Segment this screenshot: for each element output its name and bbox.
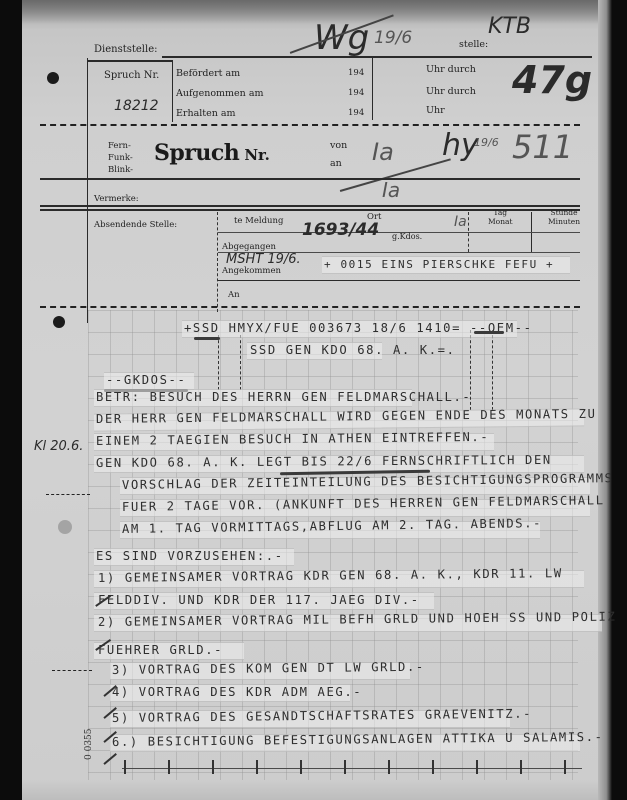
absendende-label: Absendende Stelle: xyxy=(94,220,177,230)
tick-mark xyxy=(256,760,258,774)
handwritten-date: 19/6 xyxy=(374,28,412,48)
spruch-nr-label: Spruch Nr. xyxy=(104,70,159,81)
stunde-minuten-label: Stunde Minuten xyxy=(548,208,580,226)
befordert-label: Befördert am xyxy=(176,68,240,79)
aufgenommen-year: 194 xyxy=(348,88,364,98)
tick-mark xyxy=(124,760,126,774)
vermerke-label: Vermerke: xyxy=(94,194,139,204)
classification-text: --GKDOS-- xyxy=(106,373,186,387)
tick-mark xyxy=(388,760,390,774)
tick-mark xyxy=(432,760,434,774)
archive-stamp: 0 0355 xyxy=(84,729,94,761)
tick-mark xyxy=(344,760,346,774)
telex-line: FUEHRER GRLD.- xyxy=(98,643,223,657)
ssd-underline xyxy=(194,337,220,340)
telex-line: ES SIND VORZUSEHEN:.- xyxy=(96,549,284,563)
channel-funk: Funk- xyxy=(108,152,133,164)
punch-hole-middle xyxy=(53,316,65,328)
handwritten-number: 47g xyxy=(512,58,592,102)
tick-mark xyxy=(520,760,522,774)
qem-underline xyxy=(474,331,504,334)
monat-label: Monat xyxy=(488,217,513,226)
aufgenommen-uhr: Uhr durch xyxy=(426,86,476,97)
form-bottom-separator xyxy=(40,306,580,308)
spruch-heading: Spruch Nr. xyxy=(154,140,270,166)
erhalten-label: Erhalten am xyxy=(176,108,236,119)
paper-smudge xyxy=(58,520,72,534)
channel-fern: Fern- xyxy=(108,140,133,152)
spruch-underline xyxy=(40,178,580,180)
grid-dash-2 xyxy=(240,335,241,390)
abgegangen-label: Abgegangen xyxy=(222,242,276,252)
spruch-title-nr: Nr. xyxy=(244,146,269,164)
aufgenommen-label: Aufgenommen am xyxy=(176,88,264,99)
tick-mark xyxy=(476,760,478,774)
meldung-label: te Meldung xyxy=(234,216,283,226)
spruch-box-right xyxy=(172,60,173,122)
stelle-handwritten: KTB xyxy=(488,14,531,39)
angekommen-label: Angekommen xyxy=(222,266,281,276)
spruch-title: Spruch xyxy=(154,140,239,166)
meldung-suffix: g.Kdos. xyxy=(392,232,422,241)
telex-line: 4) VORTRAG DES KDR ADM AEG.- xyxy=(112,685,362,699)
telex-address-line: SSD GEN KDO 68. A. K.=. xyxy=(250,343,456,357)
year-divider xyxy=(372,56,373,120)
tick-mark xyxy=(564,760,566,774)
ort-value: Ia xyxy=(454,214,467,230)
befordert-uhr: Uhr durch xyxy=(426,64,476,75)
stelle-label: stelle: xyxy=(459,39,488,50)
angekommen-line xyxy=(218,280,580,281)
tick-mark xyxy=(300,760,302,774)
dienststelle-label: Dienststelle: xyxy=(94,44,157,55)
an-label: an xyxy=(330,158,342,169)
tag-monat-label: Tag Monat xyxy=(488,208,513,226)
punch-hole-top xyxy=(47,72,59,84)
margin-note-line xyxy=(46,494,90,495)
von-number: 511 xyxy=(512,128,573,166)
bottom-rule xyxy=(122,768,582,769)
vermerke-line-1 xyxy=(40,205,580,207)
stunde-label: Stunde xyxy=(548,208,580,217)
channel-blink: Blink- xyxy=(108,164,133,176)
margin-dash xyxy=(52,670,92,671)
meldung-value: 1693/44 xyxy=(302,220,379,240)
von-label: von xyxy=(330,140,347,151)
grid-dash-4 xyxy=(492,330,493,410)
angekommen-handwritten: MSHT 19/6. xyxy=(226,252,301,267)
spruch-nr-value: 18212 xyxy=(114,98,159,114)
von-date: 19/6 xyxy=(474,136,499,149)
von-value: Ia xyxy=(372,138,394,166)
an-value: Ia xyxy=(382,178,400,202)
channel-labels: Fern- Funk- Blink- xyxy=(108,140,133,176)
telex-line: BETR: BESUCH DES HERRN GEN FELDMARSCHALL… xyxy=(96,390,471,404)
erhalten-uhr: Uhr xyxy=(426,105,445,116)
an-row-label: An xyxy=(228,290,240,300)
absendende-divider xyxy=(217,212,218,312)
minuten-label: Minuten xyxy=(548,217,580,226)
telegram-form: Dienststelle: stelle: KTB Wg 19/6 Spruch… xyxy=(22,0,600,800)
spruch-box-top xyxy=(87,60,172,62)
tag-label: Tag xyxy=(488,208,513,217)
paper-right-edge xyxy=(598,0,612,800)
handwritten-initials: Wg xyxy=(314,18,369,58)
telex-line: FELDDIV. UND KDR DER 117. JAEG DIV.- xyxy=(98,593,420,607)
angekommen-tape-text: + 0015 EINS PIERSCHKE FEFU + xyxy=(324,258,554,271)
tick-mark xyxy=(212,760,214,774)
tick-mark xyxy=(168,760,170,774)
befordert-year: 194 xyxy=(348,68,364,78)
erhalten-year: 194 xyxy=(348,108,364,118)
grid-dash-1 xyxy=(218,335,219,390)
form-left-border xyxy=(87,58,88,323)
header-separator xyxy=(40,124,580,126)
margin-note-initials: Kl 20.6. xyxy=(34,440,83,454)
